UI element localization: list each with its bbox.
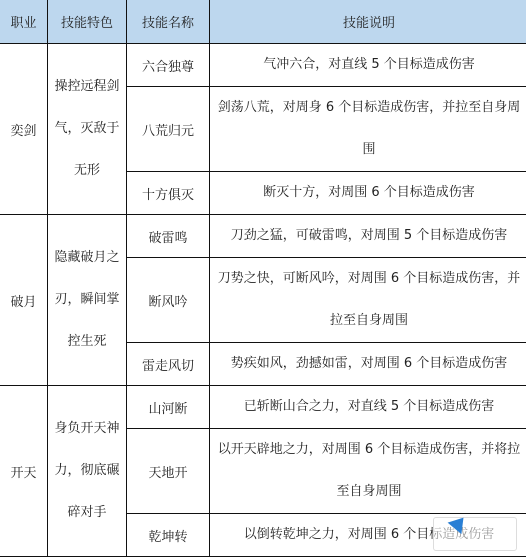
skill-desc-cell: 断灭十方，对周围 6 个目标造成伤害: [210, 172, 526, 215]
skill-desc-cell: 势疾如风，劲撼如雷，对周围 6 个目标造成伤害: [210, 343, 526, 386]
skill-name-cell: 六合独尊: [127, 44, 210, 87]
class-cell: 破月: [0, 215, 48, 386]
skill-desc-cell: 以开天辟地之力，对周围 6 个目标造成伤害，并将拉至自身周围: [210, 429, 526, 514]
skill-name-cell: 十方俱灭: [127, 172, 210, 215]
skill-name-cell: 八荒归元: [127, 87, 210, 172]
skill-desc-cell: 刀势之快，可断风吟，对周围 6 个目标造成伤害，并拉至自身周围: [210, 258, 526, 343]
feature-cell: 身负开天神力，彻底碾碎对手: [48, 386, 127, 557]
header-class: 职业: [0, 0, 48, 44]
feature-cell: 隐藏破月之刃，瞬间掌控生死: [48, 215, 127, 386]
skill-desc-cell: 气冲六合，对直线 5 个目标造成伤害: [210, 44, 526, 87]
table-row: 破月 隐藏破月之刃，瞬间掌控生死 破雷鸣 刀劲之猛，可破雷鸣，对周围 5 个目标…: [0, 215, 526, 258]
header-row: 职业 技能特色 技能名称 技能说明: [0, 0, 526, 44]
header-skill-name: 技能名称: [127, 0, 210, 44]
table-row: 奕剑 操控远程剑气，灭敌于无形 六合独尊 气冲六合，对直线 5 个目标造成伤害: [0, 44, 526, 87]
skill-desc-cell: 剑荡八荒，对周身 6 个目标造成伤害，并拉至自身周围: [210, 87, 526, 172]
header-skill-desc: 技能说明: [210, 0, 526, 44]
feature-cell: 操控远程剑气，灭敌于无形: [48, 44, 127, 215]
skill-name-cell: 断风吟: [127, 258, 210, 343]
skill-name-cell: 破雷鸣: [127, 215, 210, 258]
skill-name-cell: 天地开: [127, 429, 210, 514]
class-cell: 奕剑: [0, 44, 48, 215]
skill-desc-cell: 已斩断山合之力，对直线 5 个目标造成伤害: [210, 386, 526, 429]
header-feature: 技能特色: [48, 0, 127, 44]
skills-table: 职业 技能特色 技能名称 技能说明 奕剑 操控远程剑气，灭敌于无形 六合独尊 气…: [0, 0, 526, 557]
class-cell: 开天: [0, 386, 48, 557]
table-row: 开天 身负开天神力，彻底碾碎对手 山河断 已斩断山合之力，对直线 5 个目标造成…: [0, 386, 526, 429]
watermark-overlay: [433, 517, 517, 551]
skill-name-cell: 山河断: [127, 386, 210, 429]
skill-name-cell: 乾坤转: [127, 514, 210, 557]
skill-desc-cell: 刀劲之猛，可破雷鸣，对周围 5 个目标造成伤害: [210, 215, 526, 258]
skill-name-cell: 雷走风切: [127, 343, 210, 386]
